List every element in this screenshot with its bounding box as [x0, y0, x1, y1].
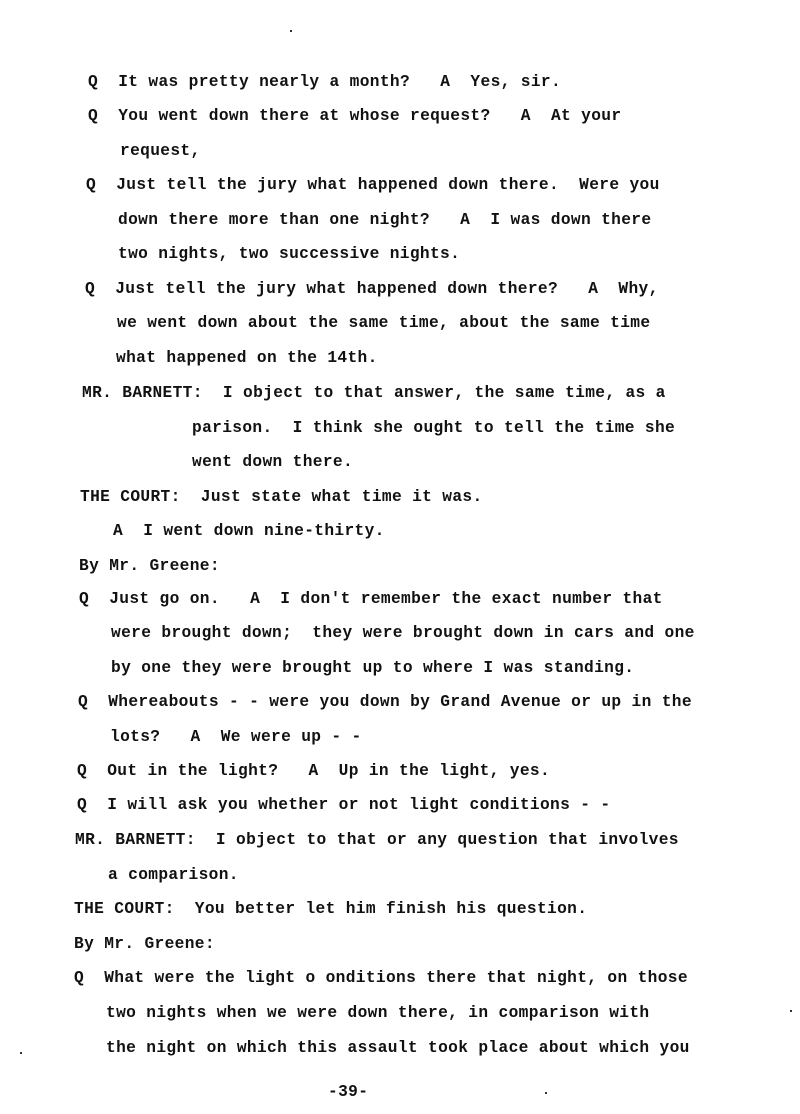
scan-speck	[20, 1052, 22, 1054]
transcript-line-continuation: two nights when we were down there, in c…	[106, 1003, 649, 1023]
transcript-line-court: THE COURT: Just state what time it was.	[80, 487, 483, 507]
scan-speck	[545, 1092, 547, 1094]
transcript-line-q: Q Out in the light? A Up in the light, y…	[77, 761, 550, 781]
transcript-line-continuation: two nights, two successive nights.	[118, 244, 460, 264]
transcript-line-continuation: lots? A We were up - -	[110, 727, 362, 747]
scan-speck	[290, 30, 292, 32]
transcript-line-continuation: were brought down; they were brought dow…	[111, 623, 695, 643]
transcript-line-q: Q You went down there at whose request? …	[88, 106, 621, 126]
transcript-line-q: Q Whereabouts - - were you down by Grand…	[78, 692, 692, 712]
transcript-line-continuation: down there more than one night? A I was …	[118, 210, 651, 230]
transcript-line-q: Q Just tell the jury what happened down …	[86, 175, 660, 195]
transcript-line-court: THE COURT: You better let him finish his…	[74, 899, 587, 919]
transcript-line-examiner: By Mr. Greene:	[74, 934, 215, 954]
transcript-line-continuation: the night on which this assault took pla…	[106, 1038, 690, 1058]
transcript-line-q: Q I will ask you whether or not light co…	[77, 795, 610, 815]
transcript-line-continuation: by one they were brought up to where I w…	[111, 658, 634, 678]
transcript-line-q: Q Just go on. A I don't remember the exa…	[79, 589, 663, 609]
transcript-line-q: Q It was pretty nearly a month? A Yes, s…	[88, 72, 561, 92]
transcript-line-a: A I went down nine-thirty.	[113, 521, 385, 541]
transcript-line-q: Q What were the light o onditions there …	[74, 968, 688, 988]
transcript-line-continuation: request,	[120, 141, 201, 161]
transcript-line-continuation: went down there.	[192, 452, 353, 472]
transcript-line-objection: MR. BARNETT: I object to that or any que…	[75, 830, 679, 850]
page-number: -39-	[328, 1082, 368, 1102]
transcript-line-objection: MR. BARNETT: I object to that answer, th…	[82, 383, 666, 403]
scan-speck	[790, 1010, 792, 1012]
transcript-line-q: Q Just tell the jury what happened down …	[85, 279, 659, 299]
transcript-line-continuation: what happened on the 14th.	[116, 348, 378, 368]
transcript-page: Q It was pretty nearly a month? A Yes, s…	[0, 0, 800, 1114]
transcript-line-continuation: a comparison.	[108, 865, 239, 885]
transcript-line-examiner: By Mr. Greene:	[79, 556, 220, 576]
transcript-line-continuation: parison. I think she ought to tell the t…	[192, 418, 675, 438]
transcript-line-continuation: we went down about the same time, about …	[117, 313, 650, 333]
